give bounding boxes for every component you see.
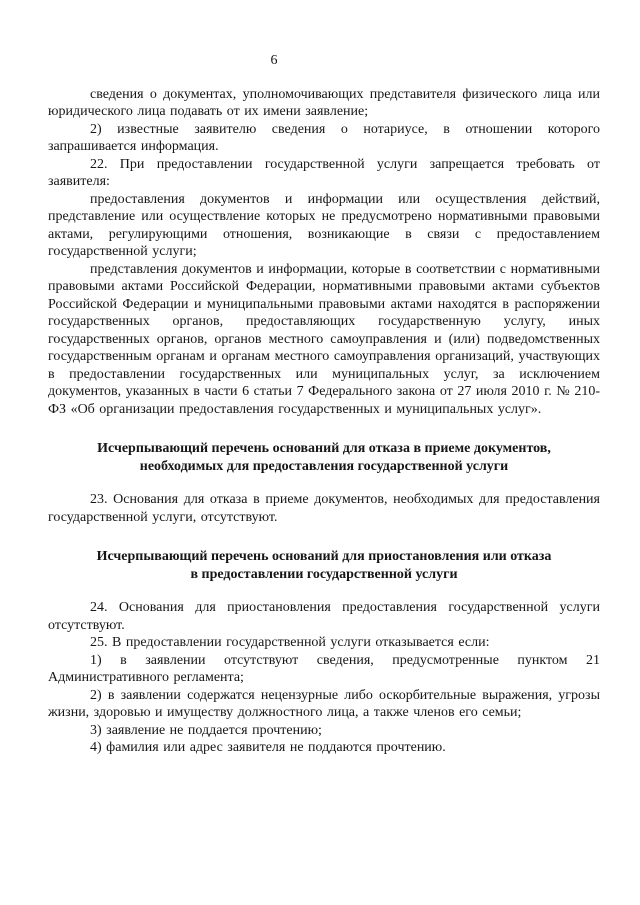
paragraph-22-intro: 22. При предоставлении государственной у…	[48, 156, 600, 191]
paragraph-25-intro: 25. В предоставлении государственной усл…	[48, 634, 600, 652]
heading-line-1: Исчерпывающий перечень оснований для при…	[48, 548, 600, 566]
paragraph-22-sub2: представления документов и информации, к…	[48, 261, 600, 419]
paragraph-docs-authorizing: сведения о документах, уполномочивающих …	[48, 86, 600, 121]
list-item-25-2: 2) в заявлении содержатся нецензурные ли…	[48, 687, 600, 722]
section-heading-refusal-to-accept-docs: Исчерпывающий перечень оснований для отк…	[48, 440, 600, 475]
page-number: 6	[0, 52, 550, 70]
document-page: 6 сведения о документах, уполномочивающи…	[0, 0, 640, 905]
heading-line-2: в предоставлении государственной услуги	[48, 566, 600, 584]
paragraph-22-sub1: предоставления документов и информации и…	[48, 191, 600, 261]
paragraph-23: 23. Основания для отказа в приеме докуме…	[48, 491, 600, 526]
heading-line-1: Исчерпывающий перечень оснований для отк…	[48, 440, 600, 458]
list-item-25-3: 3) заявление не поддается прочтению;	[48, 722, 600, 740]
list-item-2-notary: 2) известные заявителю сведения о нотари…	[48, 121, 600, 156]
list-item-25-4: 4) фамилия или адрес заявителя не поддаю…	[48, 739, 600, 757]
list-item-25-1: 1) в заявлении отсутствуют сведения, пре…	[48, 652, 600, 687]
heading-line-2: необходимых для предоставления государст…	[48, 458, 600, 476]
paragraph-24: 24. Основания для приостановления предос…	[48, 599, 600, 634]
section-heading-suspension-or-refusal: Исчерпывающий перечень оснований для при…	[48, 548, 600, 583]
